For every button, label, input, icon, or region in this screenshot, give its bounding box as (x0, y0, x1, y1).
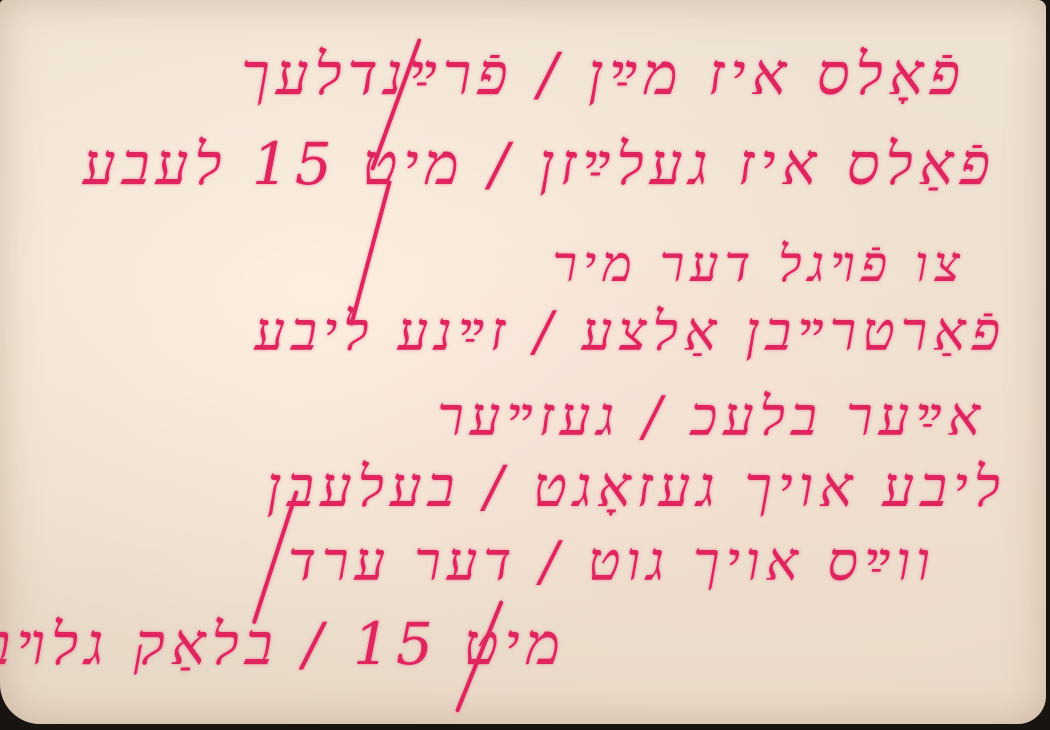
note-line-4: פֿאַרטרײבן אַלצע / זײַנע ליבע (255, 300, 1007, 363)
note-line-3: צו פֿױגל דער מיר (553, 235, 967, 293)
note-line-7: ווײַס אויך גוט / דער ערד (288, 530, 936, 593)
note-line-2: פֿאַלס איז געלײַזן / מיט 15 לעבע (83, 130, 996, 198)
note-line-1: פֿאָלס איז מײַן / פֿרײַנדלעך (241, 40, 966, 108)
note-line-6: ליבע אויך געזאָגט / בעלעבן (267, 455, 1006, 520)
note-line-5: אײַער בלעכ / געזײער (437, 385, 986, 448)
handwritten-card: פֿאָלס איז מײַן / פֿרײַנדלעך פֿאַלס איז … (0, 0, 1046, 724)
